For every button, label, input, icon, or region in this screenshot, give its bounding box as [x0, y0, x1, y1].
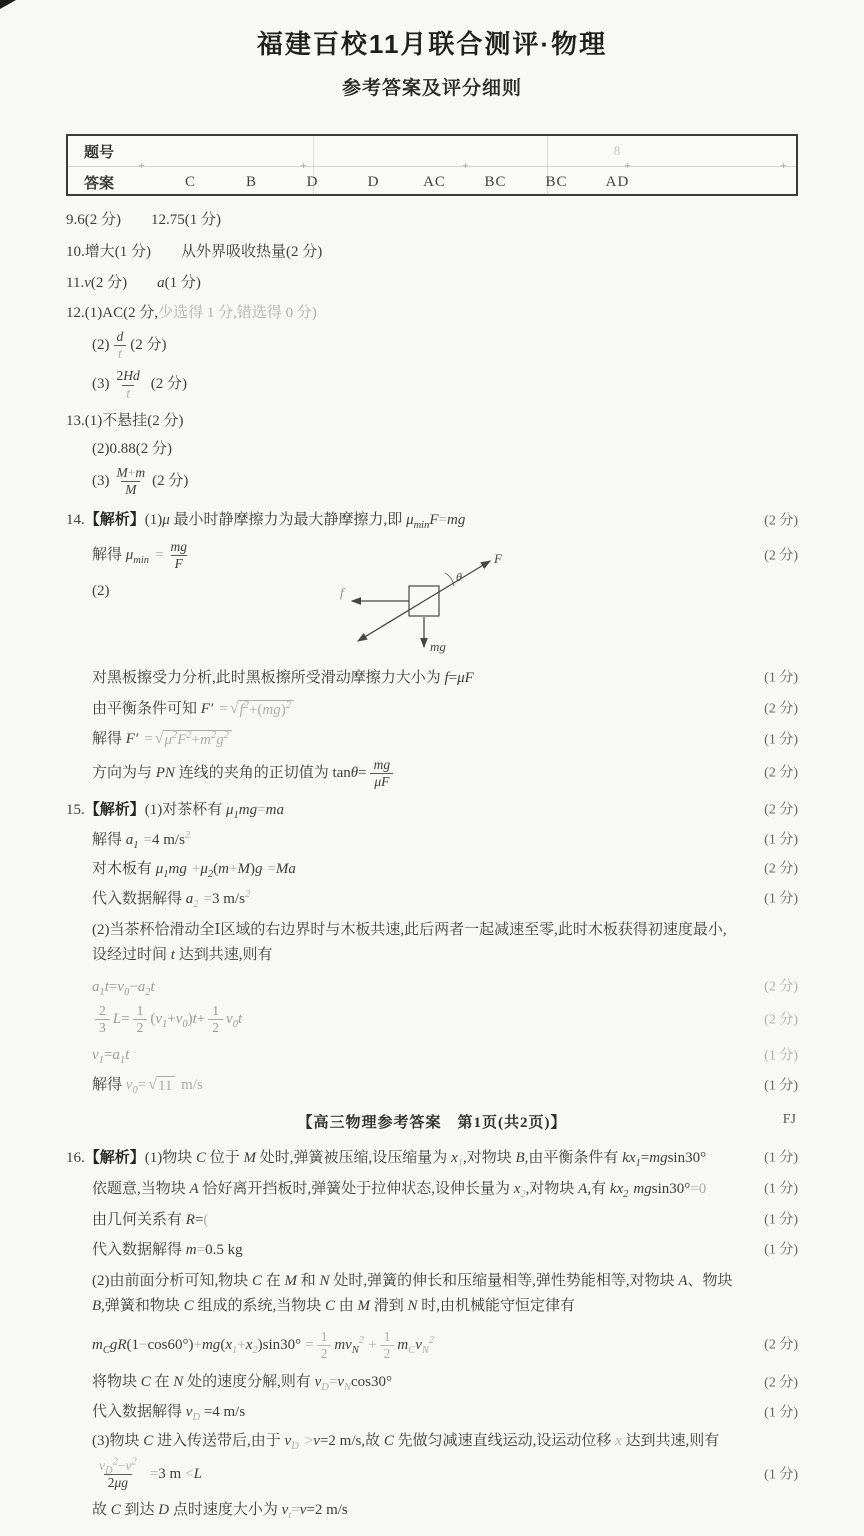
- registration-mark: +: [780, 158, 787, 173]
- answer-cell-2: B: [221, 174, 282, 191]
- radical: √11: [148, 1076, 175, 1097]
- solution-15-eq1: a1t=v0−a2t(2 分): [66, 977, 798, 998]
- solution-15-eq4: 解得 v0=√11 m/s(1 分): [66, 1075, 798, 1097]
- fraction: 23: [95, 1003, 110, 1036]
- answer-line-13-3: (3)M+mM(2 分): [66, 465, 798, 498]
- solution-14-1: 14.【解析】(1)μ 最小时静摩擦力为最大静摩擦力,即 μminF=mg(2 …: [66, 510, 798, 531]
- solution-14-6: 方向为与 PN 连线的夹角的正切值为 tanθ=mgμF(2 分): [66, 757, 798, 790]
- solution-14-5: 解得 F′=√μ2F2+m2g2(1 分): [66, 729, 798, 751]
- qnum-cell-8: 8: [587, 143, 648, 159]
- answer-line-11: 11.v(2 分) a(1 分): [66, 273, 798, 294]
- solution-16-2: 依题意,当物块 A 恰好离开挡板时,弹簧处于拉伸状态,设伸长量为 x2,对物块 …: [66, 1179, 798, 1200]
- svg-text:F: F: [493, 551, 503, 566]
- page-footer: 【高三物理参考答案 第1页(共2页)】FJ: [66, 1111, 798, 1132]
- points-badge: (2 分): [764, 510, 798, 531]
- fraction: 12: [133, 1003, 148, 1036]
- points-badge: (1 分): [764, 1464, 798, 1485]
- solution-16-eq2: 将物块 C 在 N 处的速度分解,则有 vD=vNcos30°(2 分): [66, 1372, 798, 1393]
- solution-15-2: 解得 a1=4 m/s2(1 分): [66, 830, 798, 851]
- solution-16-eq3: 代入数据解得 vD =4 m/s(1 分): [66, 1402, 798, 1423]
- answer-table: 题号 8 答案 CBDDACBCBCAD +++++: [66, 134, 798, 196]
- answer-cell-8: AD: [587, 174, 648, 191]
- qnum-cell-2: [221, 143, 282, 159]
- points-badge: (2 分): [764, 1335, 798, 1356]
- solution-15-3: 对木板有 μ1mg+μ2(m+M)g=Ma(2 分): [66, 859, 798, 880]
- answer-cell-1: C: [160, 174, 221, 191]
- points-badge: (2 分): [764, 1009, 798, 1030]
- answer-line-13-2: (2)0.88(2 分): [66, 439, 798, 460]
- exam-answer-sheet: 福建百校11月联合测评·物理 参考答案及评分细则 题号 8 答案 CBDDACB…: [0, 0, 864, 1521]
- fraction: 12: [380, 1329, 395, 1362]
- answer-line-13-1: 13.(1)不悬挂(2 分): [66, 411, 798, 432]
- radical: √f2+(mg)2: [230, 700, 294, 721]
- answer-cell-5: AC: [404, 174, 465, 191]
- footer-right-code: FJ: [783, 1112, 796, 1128]
- registration-mark: +: [462, 158, 469, 173]
- fraction: vD2−v22μg: [95, 1458, 141, 1491]
- solution-16-1: 16.【解析】(1)物块 C 位于 M 处时,弹簧被压缩,设压缩量为 x1,对物…: [66, 1148, 798, 1169]
- qnum-cell-7: [526, 143, 587, 159]
- footer-center-text: 【高三物理参考答案 第1页(共2页)】: [298, 1115, 567, 1131]
- force-diagram: Ffmgθ: [328, 551, 543, 662]
- registration-mark: +: [624, 158, 631, 173]
- answer-line-12-2: (2)dt(2 分): [66, 329, 798, 362]
- page-title: 福建百校11月联合测评·物理: [66, 24, 798, 61]
- solution-16-eq4: vD2−v22μg=3 m<L(1 分): [66, 1458, 798, 1491]
- qnum-cell-6: [465, 143, 526, 159]
- qnum-cell-4: [343, 143, 404, 159]
- registration-mark: +: [300, 158, 307, 173]
- points-badge: (1 分): [764, 1210, 798, 1231]
- svg-text:θ: θ: [456, 570, 462, 584]
- fraction: dt: [113, 329, 128, 362]
- radical: √μ2F2+m2g2: [155, 730, 232, 751]
- fraction: mgμF: [370, 757, 395, 790]
- solution-14-4: 由平衡条件可知 F′=√f2+(mg)2(2 分): [66, 699, 798, 721]
- fraction: mgF: [167, 539, 192, 572]
- points-badge: (1 分): [764, 889, 798, 910]
- qnum-cell-1: [160, 143, 221, 159]
- solution-15-para: (2)当茶杯恰滑动全Ⅰ区域的右边界时与木板共速,此后两者一起减速至零,此时木板获…: [66, 918, 798, 968]
- points-badge: (1 分): [764, 1076, 798, 1097]
- page-subtitle: 参考答案及评分细则: [66, 73, 798, 100]
- solution-16-last: 故 C 到达 D 点时速度大小为 vt=v=2 m/s: [66, 1500, 798, 1521]
- solution-15-1: 15.【解析】(1)对茶杯有 μ1mg=ma(2 分): [66, 800, 798, 821]
- points-badge: (1 分): [764, 729, 798, 750]
- solution-15-4: 代入数据解得 a2=3 m/s2(1 分): [66, 889, 798, 910]
- points-badge: (1 分): [764, 1179, 798, 1200]
- question-number-label: 题号: [68, 141, 160, 162]
- svg-text:f: f: [340, 585, 346, 600]
- points-badge: (2 分): [764, 1372, 798, 1393]
- solution-15-eq2: 23L=12(v1+v0)t+12v0t(2 分): [66, 1003, 798, 1036]
- fraction: 12: [317, 1329, 332, 1362]
- table-row-divider: [68, 166, 796, 167]
- points-badge: (2 分): [764, 699, 798, 720]
- answer-cell-4: D: [343, 174, 404, 191]
- answer-line-12-3: (3)2Hdt(2 分): [66, 368, 798, 401]
- solution-16-para2: (2)由前面分析可知,物块 C 在 M 和 N 处时,弹簧的伸长和压缩量相等,弹…: [66, 1269, 798, 1319]
- fraction: 2Hdt: [113, 368, 144, 401]
- points-badge: (2 分): [764, 763, 798, 784]
- fraction: 12: [208, 1003, 223, 1036]
- answer-cells: CBDDACBCBCAD: [160, 174, 648, 191]
- points-badge: (2 分): [764, 800, 798, 821]
- points-badge: (2 分): [764, 977, 798, 998]
- question-number-row: 题号 8: [68, 136, 796, 166]
- solution-16-eq1: mCgR(1−cos60°)+mg(x1+x2)sin30°=12mvN2+12…: [66, 1329, 798, 1362]
- answer-cell-6: BC: [465, 174, 526, 191]
- qnum-cell-5: [404, 143, 465, 159]
- solution-16-para3: (3)物块 C 进入传送带后,由于 vD>v=2 m/s,故 C 先做匀减速直线…: [66, 1431, 798, 1452]
- answer-row: 答案 CBDDACBCBCAD: [68, 166, 796, 198]
- answer-line-10: 10.增大(1 分) 从外界吸收热量(2 分): [66, 242, 798, 263]
- points-badge: (1 分): [764, 668, 798, 689]
- points-badge: (1 分): [764, 1240, 798, 1261]
- points-badge: (2 分): [764, 859, 798, 880]
- solution-16-4: 代入数据解得 m=0.5 kg(1 分): [66, 1240, 798, 1261]
- svg-text:mg: mg: [430, 639, 446, 654]
- scanned-exam-page: { "page": { "title": "福建百校11月联合测评·物理", "…: [0, 0, 864, 1536]
- solution-14-figure: (2)Ffmgθ: [66, 581, 798, 662]
- points-badge: (1 分): [764, 1148, 798, 1169]
- solution-15-eq3: v1=a1t(1 分): [66, 1045, 798, 1066]
- points-badge: (2 分): [764, 545, 798, 566]
- fraction: M+mM: [113, 465, 150, 498]
- answer-cell-7: BC: [526, 174, 587, 191]
- points-badge: (1 分): [764, 830, 798, 851]
- answer-line-12-1: 12.(1)AC(2 分,少选得 1 分,错选得 0 分): [66, 303, 798, 324]
- answer-line-9: 9.6(2 分) 12.75(1 分): [66, 210, 798, 231]
- qnum-cell-3: [282, 143, 343, 159]
- question-number-cells: 8: [160, 143, 648, 159]
- answer-label: 答案: [68, 172, 160, 193]
- solution-16-3: 由几何关系有 R=((1 分): [66, 1210, 798, 1231]
- solution-14-3: 对黑板擦受力分析,此时黑板擦所受滑动摩擦力大小为 f=μF(1 分): [66, 668, 798, 689]
- solution-lines: 9.6(2 分) 12.75(1 分)10.增大(1 分) 从外界吸收热量(2 …: [66, 210, 798, 1521]
- points-badge: (1 分): [764, 1045, 798, 1066]
- points-badge: (1 分): [764, 1402, 798, 1423]
- registration-mark: +: [138, 158, 145, 173]
